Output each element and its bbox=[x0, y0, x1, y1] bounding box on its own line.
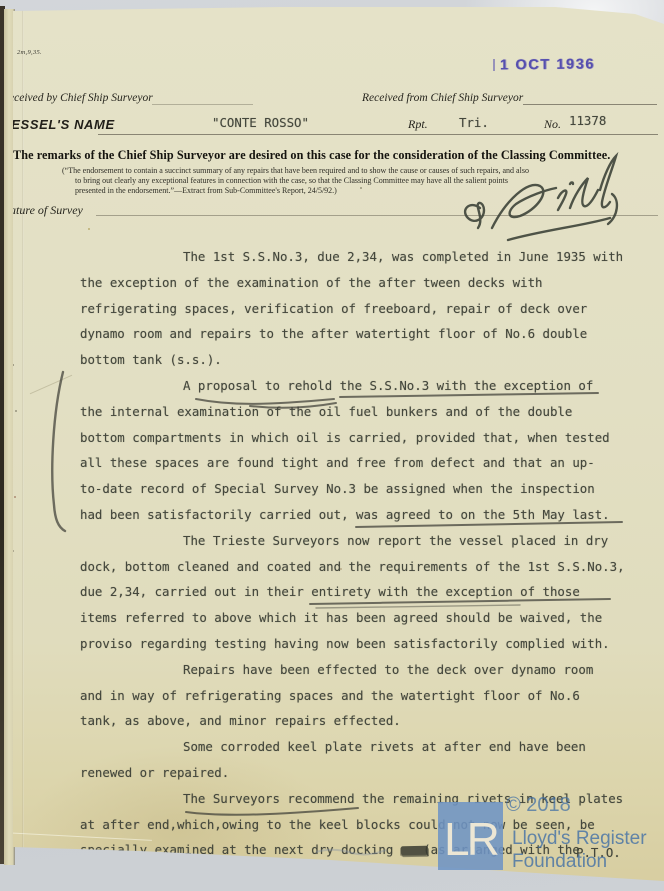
paper-crease bbox=[30, 375, 72, 395]
typed-line: proviso regarding testing having now bee… bbox=[80, 631, 625, 657]
vertical-fold-crease bbox=[22, 8, 24, 850]
vessel-name-value: "CONTE ROSSO" bbox=[212, 115, 309, 130]
received-from-blank-line bbox=[523, 104, 657, 105]
typed-line: dock, bottom cleaned and coated and the … bbox=[80, 554, 625, 580]
report-value: Tri. bbox=[459, 115, 489, 130]
remarks-notice: The remarks of the Chief Ship Surveyor a… bbox=[13, 148, 610, 163]
number-value: 11378 bbox=[569, 113, 606, 128]
vessel-name-label: VESSEL'S NAME bbox=[2, 117, 115, 132]
typed-line: bottom tank (s.s.). bbox=[80, 347, 625, 373]
typed-line: A proposal to rehold the S.S.No.3 with t… bbox=[80, 373, 625, 399]
margin-bracket bbox=[52, 372, 65, 531]
typed-line: all these spaces are found tight and fre… bbox=[80, 450, 625, 476]
typed-line: the exception of the examination of the … bbox=[80, 270, 625, 296]
typed-line: The Trieste Surveyors now report the ves… bbox=[80, 528, 625, 554]
vessel-row-line bbox=[98, 134, 658, 135]
typed-line: had been satisfactorily carried out, was… bbox=[80, 502, 625, 528]
document-page: 2m,9,35. 1 OCT 1936 Received by Chief Sh… bbox=[0, 0, 664, 891]
number-label: No. bbox=[544, 117, 561, 132]
received-from-label: Received from Chief Ship Surveyor bbox=[362, 92, 523, 104]
typed-line: The 1st S.S.No.3, due 2,34, was complete… bbox=[80, 244, 625, 270]
form-print-code: 2m,9,35. bbox=[17, 49, 42, 56]
stamp-frame-mark bbox=[493, 59, 495, 71]
typed-line: tank, as above, and minor repairs effect… bbox=[80, 708, 625, 734]
typed-line: to-date record of Special Survey No.3 be… bbox=[80, 476, 625, 502]
watermark-copyright: © 2018 bbox=[506, 794, 571, 817]
lr-logo-icon: LR bbox=[438, 802, 503, 870]
received-by-blank-line bbox=[152, 104, 253, 105]
nature-of-survey-label: Nature of Survey bbox=[2, 203, 83, 218]
lr-logo-square: LR bbox=[438, 802, 503, 870]
report-label: Rpt. bbox=[408, 117, 428, 132]
typed-line: Repairs have been effected to the deck o… bbox=[80, 657, 625, 683]
lr-logo-letters: LR bbox=[444, 813, 499, 865]
date-stamp: 1 OCT 1936 bbox=[500, 57, 595, 74]
fine-print-line: to bring out clearly any exceptional fea… bbox=[75, 176, 529, 186]
typed-line: Some corroded keel plate rivets at after… bbox=[80, 734, 625, 760]
typed-line: items referred to above which it has bee… bbox=[80, 605, 625, 631]
typed-line: dynamo room and repairs to the after wat… bbox=[80, 321, 625, 347]
nature-of-survey-line bbox=[96, 215, 658, 216]
fine-print: (“The endorsement to contain a succinct … bbox=[62, 166, 529, 196]
typed-body: The 1st S.S.No.3, due 2,34, was complete… bbox=[80, 244, 625, 863]
received-by-label: Received by Chief Ship Surveyor bbox=[2, 92, 153, 104]
typed-line: renewed or repaired. bbox=[80, 760, 625, 786]
photo-background: 2m,9,35. 1 OCT 1936 Received by Chief Sh… bbox=[0, 0, 664, 891]
typed-line: the internal examination of the oil fuel… bbox=[80, 399, 625, 425]
overtyped-scribble bbox=[401, 846, 428, 855]
fine-print-line: presented in the endorsement.”—Extract f… bbox=[75, 186, 529, 196]
typed-line: and in way of refrigerating spaces and t… bbox=[80, 683, 625, 709]
typed-line: due 2,34, carried out in their entirety … bbox=[80, 579, 625, 605]
typed-line: bottom compartments in which oil is carr… bbox=[80, 425, 625, 451]
typed-line: refrigerating spaces, verification of fr… bbox=[80, 296, 625, 322]
fine-print-line: (“The endorsement to contain a succinct … bbox=[62, 166, 529, 176]
watermark-org-name: Foundation bbox=[512, 851, 607, 873]
watermark-org-name: Lloyd's Register bbox=[512, 828, 647, 850]
